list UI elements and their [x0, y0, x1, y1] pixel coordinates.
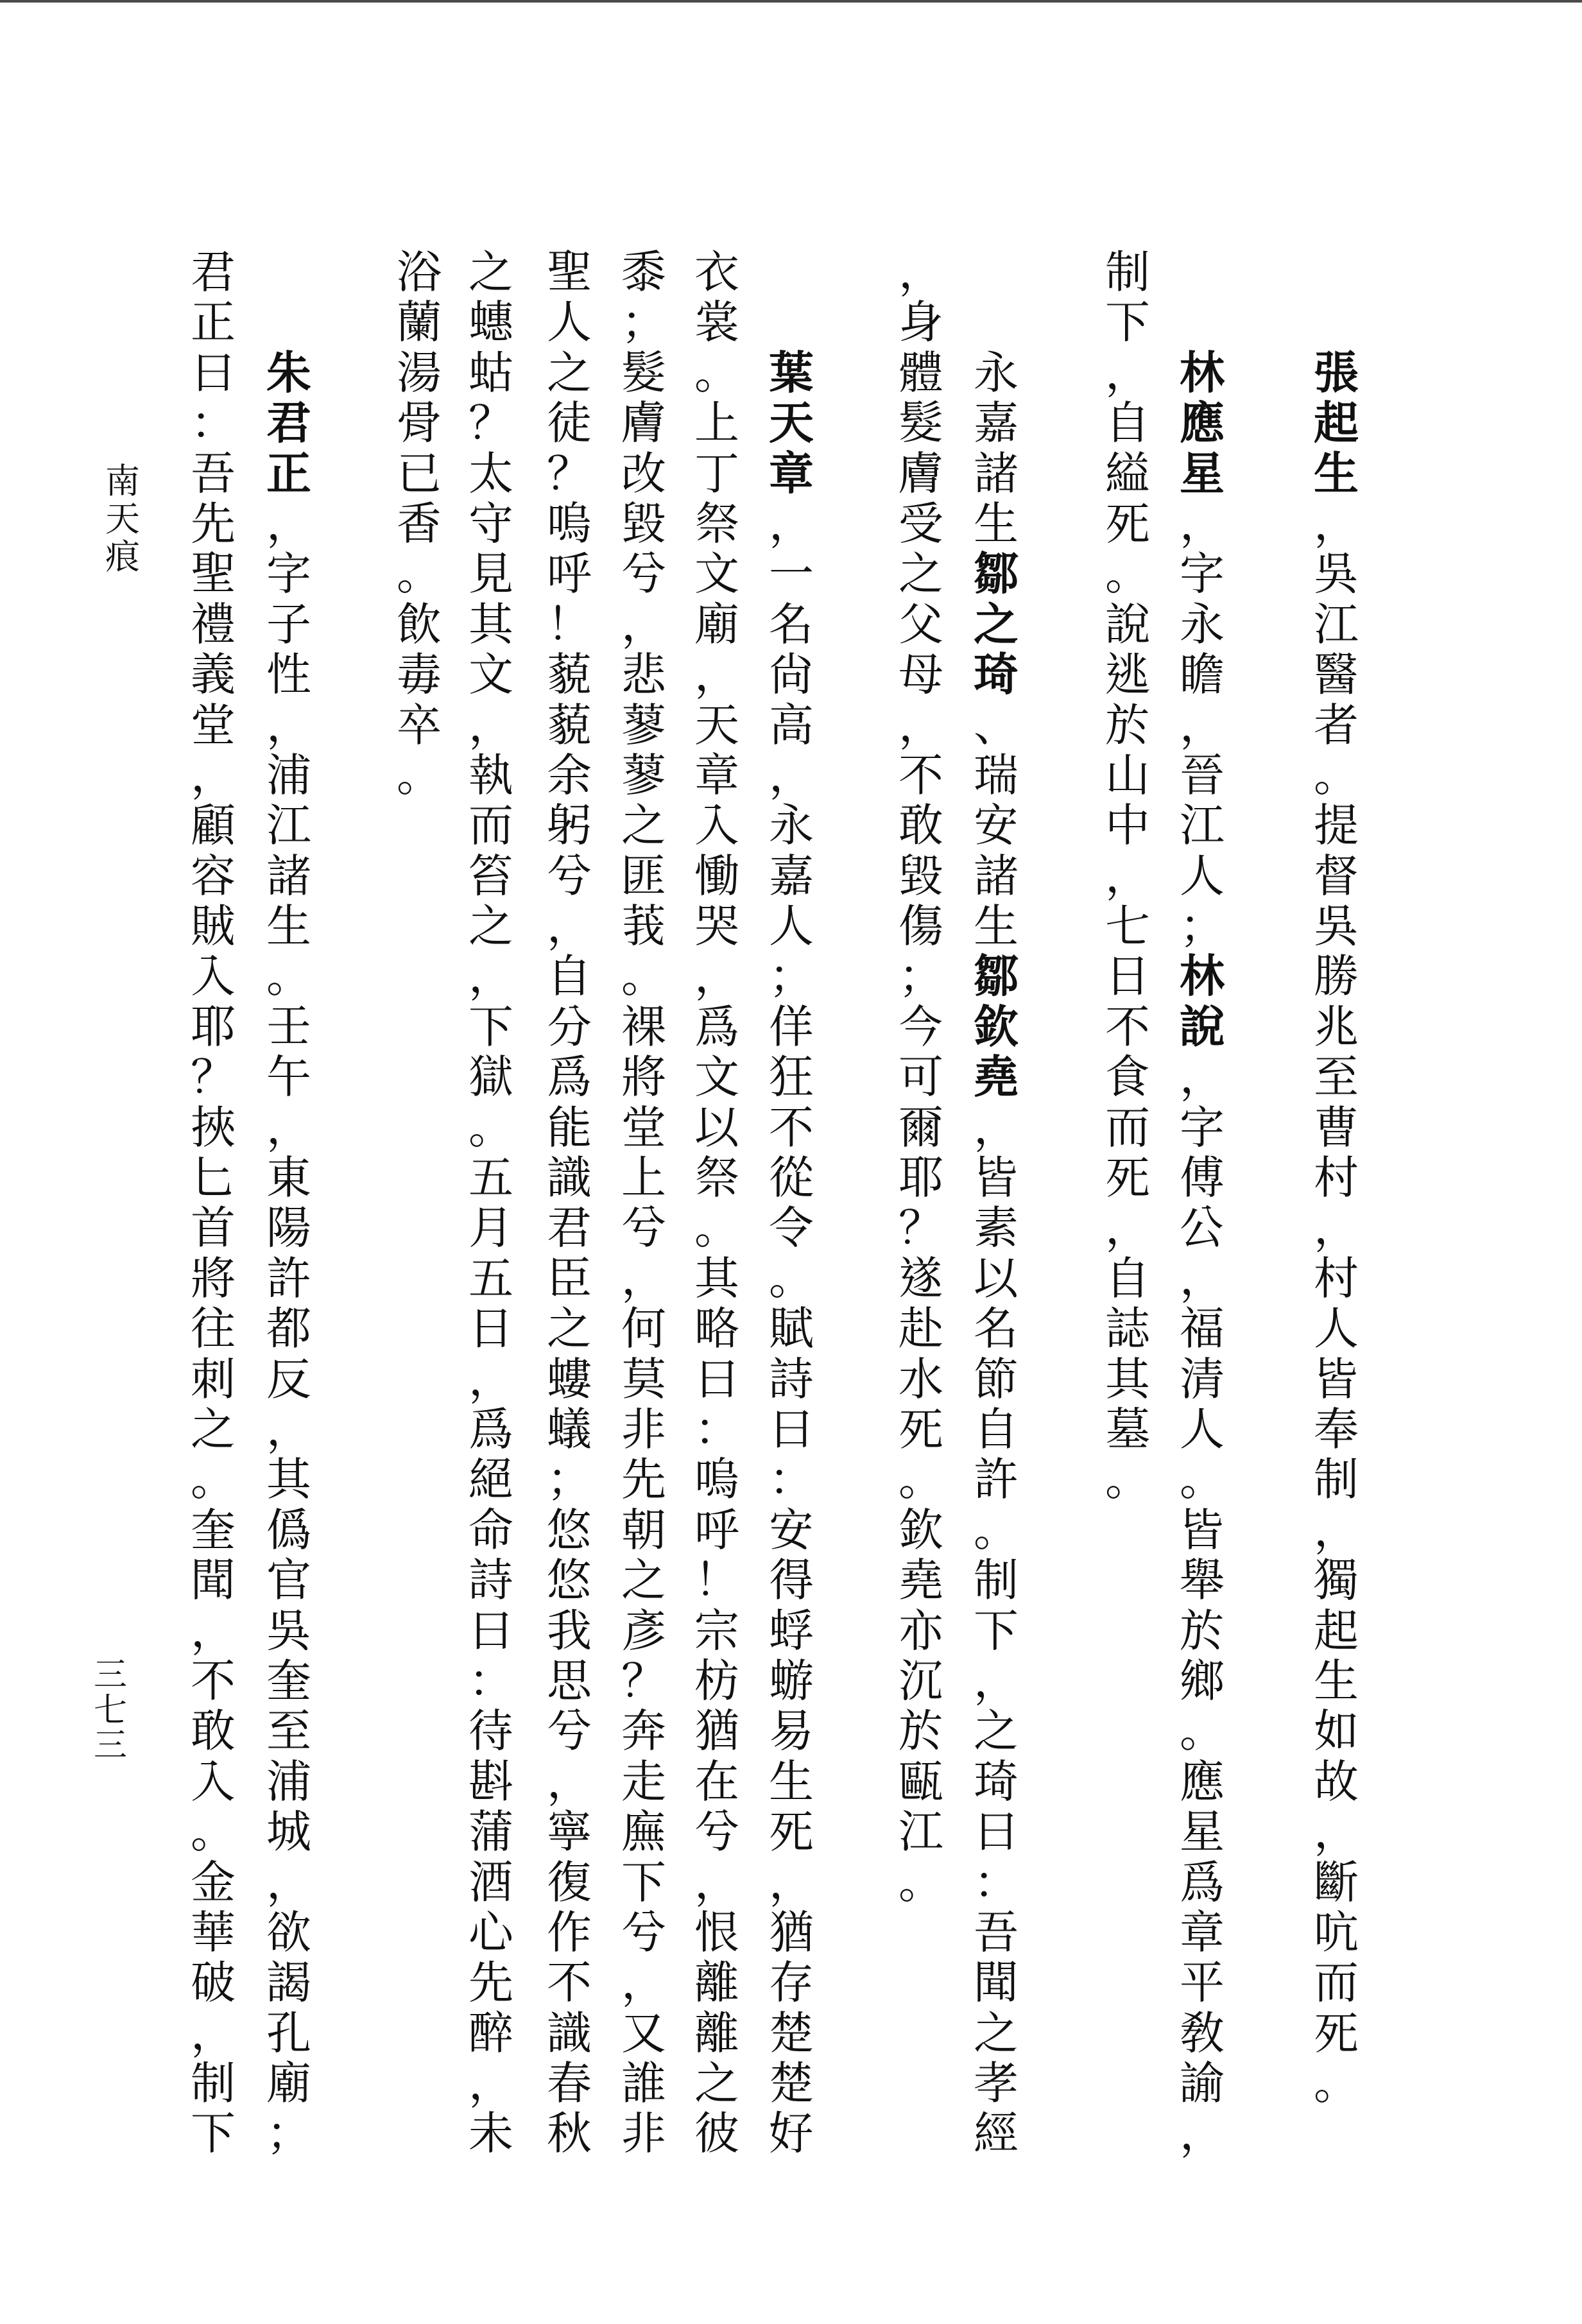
character-cell: 反 — [264, 1354, 314, 1404]
punctuation-cell: ？ — [544, 449, 594, 499]
character-cell: 章 — [766, 449, 816, 499]
character-cell: 痕 — [103, 538, 142, 576]
character-cell: 張 — [1311, 348, 1361, 398]
character-cell: 衣 — [692, 247, 742, 297]
punctuation-cell: ， — [896, 247, 946, 297]
punctuation-cell: ！ — [544, 599, 594, 650]
character-cell: 晉 — [1177, 750, 1227, 800]
page-number: 三七三 — [90, 1658, 130, 1764]
character-cell: 星 — [1177, 449, 1227, 499]
punctuation-cell: ， — [1311, 1807, 1361, 1857]
character-cell: 祭 — [692, 1153, 742, 1203]
character-cell: 湯 — [394, 348, 444, 398]
character-cell: 猶 — [692, 1706, 742, 1756]
character-cell: 公 — [1177, 1203, 1227, 1253]
character-cell: 兮 — [619, 549, 669, 599]
punctuation-cell: ， — [1177, 1052, 1227, 1102]
character-cell: 者 — [1311, 700, 1361, 750]
character-cell: 易 — [766, 1706, 816, 1756]
character-cell: 絕 — [466, 1454, 516, 1504]
character-cell: 令 — [766, 1203, 816, 1253]
character-cell: 守 — [466, 499, 516, 549]
punctuation-cell: ， — [188, 750, 238, 800]
person-name: 鄒之琦 — [971, 549, 1021, 700]
character-cell: 得 — [766, 1555, 816, 1605]
character-cell: 鄒 — [971, 951, 1021, 1001]
character-cell: 聖 — [188, 549, 238, 599]
character-cell: 人 — [1177, 851, 1227, 901]
punctuation-cell: 。 — [1311, 750, 1361, 800]
text-column: 永嘉諸生 鄒之琦 、瑞安諸生 鄒欽堯 ，皆素以名節自許。制下，之琦曰：吾聞之孝經 — [971, 348, 1021, 2159]
punctuation-cell: ； — [766, 951, 816, 1001]
character-cell: 兮 — [619, 1907, 669, 1958]
character-cell: 悲 — [619, 650, 669, 700]
character-cell: 可 — [896, 1052, 946, 1102]
character-cell: 賊 — [188, 901, 238, 951]
punctuation-cell: ， — [1177, 2108, 1227, 2158]
character-cell: 蛄 — [466, 348, 516, 398]
character-cell: 名 — [766, 599, 816, 650]
character-cell: 星 — [1177, 1807, 1227, 1857]
character-cell: 一 — [766, 549, 816, 599]
punctuation-cell: ； — [544, 1454, 594, 1504]
character-cell: 臣 — [544, 1253, 594, 1304]
punctuation-cell: ， — [619, 599, 669, 650]
character-cell: 之 — [188, 1404, 238, 1454]
character-cell: 墓 — [1103, 1404, 1153, 1454]
character-cell: 堯 — [971, 1052, 1021, 1102]
character-cell: 從 — [766, 1153, 816, 1203]
character-cell: 欲 — [264, 1907, 314, 1958]
punctuation-cell: ； — [264, 2108, 314, 2158]
punctuation-cell: 。 — [1103, 1454, 1153, 1504]
character-cell: 將 — [619, 1052, 669, 1102]
text-column: 葉天章 ，一名尙高，永嘉人；佯狂不從令。賦詩曰：安得蜉蝣易生死，猶存楚楚好 — [766, 348, 816, 2159]
punctuation-cell: ， — [544, 1757, 594, 1807]
column-text: 、瑞安諸生 — [971, 700, 1021, 952]
character-cell: 不 — [544, 1958, 594, 2008]
text-column: 衣裳。上丁祭文廟，天章入慟哭，爲文以祭。其略曰：嗚呼！宗枋猶在兮，恨離離之彼 — [692, 247, 742, 2159]
character-cell: 飲 — [394, 599, 444, 650]
punctuation-cell: 。 — [692, 348, 742, 398]
character-cell: 獄 — [466, 1052, 516, 1102]
character-cell: 在 — [692, 1757, 742, 1807]
character-cell: 不 — [188, 1656, 238, 1706]
character-cell: 皆 — [1177, 1505, 1227, 1555]
character-cell: 髮 — [896, 398, 946, 448]
character-cell: 秋 — [544, 2108, 594, 2158]
character-cell: 如 — [1311, 1706, 1361, 1756]
character-cell: 自 — [544, 951, 594, 1001]
person-name: 張起生 — [1311, 348, 1361, 499]
character-cell: 斟 — [466, 1757, 516, 1807]
character-cell: 曰 — [188, 348, 238, 398]
character-cell: 聞 — [971, 1958, 1021, 2008]
character-cell: 獨 — [1311, 1555, 1361, 1605]
column-text: ，吳江醫者。提督吳勝兆至曹村，村人皆奉制，獨起生如故，斷吭而死。 — [1311, 499, 1361, 2109]
character-cell: 藐 — [544, 700, 594, 750]
character-cell: 爲 — [466, 1404, 516, 1454]
text-column: 朱君正 ，字子性，浦江諸生。壬午，東陽許都反，其僞官吳奎至浦城，欲謁孔廟； — [264, 348, 314, 2159]
character-cell: 體 — [896, 348, 946, 398]
character-cell: 自 — [1103, 398, 1153, 448]
character-cell: 督 — [1311, 851, 1361, 901]
character-cell: 縊 — [1103, 449, 1153, 499]
character-cell: 之 — [971, 1706, 1021, 1756]
character-cell: 兮 — [692, 1807, 742, 1857]
character-cell: 今 — [896, 1002, 946, 1052]
character-cell: 哭 — [692, 901, 742, 951]
character-cell: 瑞 — [971, 750, 1021, 800]
character-cell: 堂 — [619, 1103, 669, 1153]
character-cell: 春 — [544, 2058, 594, 2108]
punctuation-cell: ， — [1103, 1203, 1153, 1253]
character-cell: 生 — [1311, 449, 1361, 499]
character-cell: 都 — [264, 1304, 314, 1354]
character-cell: 村 — [1311, 1253, 1361, 1304]
character-cell: 陽 — [264, 1203, 314, 1253]
punctuation-cell: ， — [896, 700, 946, 750]
character-cell: 諸 — [971, 449, 1021, 499]
character-cell: 禮 — [188, 599, 238, 650]
character-cell: 好 — [766, 2108, 816, 2158]
character-cell: 敢 — [896, 800, 946, 850]
book-page: 張起生 ，吳江醫者。提督吳勝兆至曹村，村人皆奉制，獨起生如故，斷吭而死。 林應星… — [0, 0, 1582, 2324]
character-cell: 往 — [188, 1304, 238, 1354]
character-cell: 存 — [766, 1958, 816, 2008]
text-column: 張起生 ，吳江醫者。提督吳勝兆至曹村，村人皆奉制，獨起生如故，斷吭而死。 — [1311, 348, 1361, 2109]
character-cell: 楚 — [766, 2058, 816, 2108]
punctuation-cell: ， — [544, 901, 594, 951]
character-cell: 曹 — [1311, 1103, 1361, 1153]
character-cell: 嘉 — [766, 851, 816, 901]
character-cell: 膚 — [896, 449, 946, 499]
person-name: 朱君正 — [264, 348, 314, 499]
character-cell: 奔 — [619, 1706, 669, 1756]
character-cell: 嘉 — [971, 398, 1021, 448]
character-cell: 亦 — [896, 1606, 946, 1656]
punctuation-cell: 。 — [766, 1253, 816, 1304]
character-cell: 佯 — [766, 1002, 816, 1052]
character-cell: 匕 — [188, 1153, 238, 1203]
character-cell: 沉 — [896, 1656, 946, 1706]
character-cell: 孝 — [971, 2058, 1021, 2108]
punctuation-cell: ， — [1177, 1253, 1227, 1304]
character-cell: 刺 — [188, 1354, 238, 1404]
character-cell: 安 — [766, 1505, 816, 1555]
character-cell: 南 — [103, 462, 142, 500]
character-cell: 吳 — [1311, 549, 1361, 599]
character-cell: 識 — [544, 1153, 594, 1203]
character-cell: 蓼 — [619, 700, 669, 750]
punctuation-cell: ， — [692, 951, 742, 1001]
punctuation-cell: ， — [1177, 700, 1227, 750]
character-cell: 孔 — [264, 2008, 314, 2058]
character-cell: 江 — [896, 1807, 946, 1857]
character-cell: 以 — [692, 1103, 742, 1153]
character-cell: 嗚 — [544, 499, 594, 549]
character-cell: 其 — [466, 599, 516, 650]
character-cell: 死 — [896, 1404, 946, 1454]
character-cell: 子 — [264, 599, 314, 650]
character-cell: 狂 — [766, 1052, 816, 1102]
character-cell: 永 — [766, 800, 816, 850]
character-cell: 聞 — [188, 1555, 238, 1605]
character-cell: 琦 — [971, 1757, 1021, 1807]
character-cell: 諭 — [1177, 2058, 1227, 2108]
character-cell: 呼 — [692, 1505, 742, 1555]
character-cell: 起 — [1311, 1606, 1361, 1656]
punctuation-cell: ： — [466, 1656, 516, 1706]
character-cell: 入 — [188, 951, 238, 1001]
character-cell: 之 — [619, 1555, 669, 1605]
character-cell: 嗚 — [692, 1454, 742, 1504]
punctuation-cell: ？ — [188, 1052, 238, 1102]
character-cell: 林 — [1177, 951, 1227, 1001]
character-cell: 朱 — [264, 348, 314, 398]
person-name: 鄒欽堯 — [971, 951, 1021, 1102]
column-text: ，字永瞻，晉江人； — [1177, 499, 1227, 952]
character-cell: 故 — [1311, 1757, 1361, 1807]
character-cell: 江 — [1177, 800, 1227, 850]
character-cell: 名 — [971, 1304, 1021, 1354]
punctuation-cell: ， — [619, 1253, 669, 1304]
punctuation-cell: ， — [692, 650, 742, 700]
character-cell: 甌 — [896, 1757, 946, 1807]
punctuation-cell: ， — [692, 1857, 742, 1907]
character-cell: 諸 — [971, 851, 1021, 901]
column-text: ，皆素以名節自許。制下，之琦曰：吾聞之孝經 — [971, 1103, 1021, 2159]
character-cell: 之 — [971, 2008, 1021, 2058]
punctuation-cell: ， — [1103, 348, 1153, 398]
punctuation-cell: ， — [1311, 1505, 1361, 1555]
character-cell: 躬 — [544, 800, 594, 850]
punctuation-cell: ： — [971, 1857, 1021, 1907]
character-cell: 曰 — [971, 1807, 1021, 1857]
character-cell: 笞 — [466, 851, 516, 901]
column-text: ，身體髮膚受之父母，不敢毀傷；今可爾耶？遂赴水死。欽堯亦沉於甌江。 — [896, 247, 946, 1907]
column-text: 制下，自縊死。說逃於山中，七日不食而死，自誌其墓。 — [1103, 247, 1153, 1505]
punctuation-cell: ！ — [692, 1555, 742, 1605]
character-cell: 酒 — [466, 1857, 516, 1907]
character-cell: 文 — [692, 1052, 742, 1102]
character-cell: 猶 — [766, 1907, 816, 1958]
character-cell: 母 — [896, 650, 946, 700]
character-cell: 寧 — [544, 1807, 594, 1857]
character-cell: 浦 — [264, 750, 314, 800]
character-cell: 心 — [466, 1907, 516, 1958]
character-cell: 死 — [1311, 2008, 1361, 2058]
character-cell: 制 — [971, 1555, 1021, 1605]
character-cell: 天 — [692, 700, 742, 750]
character-cell: 毀 — [896, 851, 946, 901]
character-cell: 下 — [971, 1606, 1021, 1656]
character-cell: 勝 — [1311, 951, 1361, 1001]
character-cell: 章 — [692, 750, 742, 800]
character-cell: 黍 — [619, 247, 669, 297]
character-cell: 之 — [466, 247, 516, 297]
column-text: 君正曰：吾先聖禮義堂，顧容賊入耶？挾匕首將往刺之。奎聞，不敢入。金華破，制下 — [188, 247, 238, 2159]
character-cell: 生 — [971, 901, 1021, 951]
character-cell: 分 — [544, 1002, 594, 1052]
character-cell: 改 — [619, 449, 669, 499]
character-cell: 於 — [1177, 1606, 1227, 1656]
character-cell: 正 — [188, 297, 238, 347]
character-cell: 莪 — [619, 901, 669, 951]
running-title: 南天痕 — [103, 462, 142, 576]
character-cell: 太 — [466, 449, 516, 499]
character-cell: 文 — [692, 549, 742, 599]
character-cell: 廡 — [619, 1807, 669, 1857]
character-cell: 余 — [544, 750, 594, 800]
character-cell: 死 — [1103, 1153, 1153, 1203]
scan-top-border-line — [0, 0, 1582, 3]
punctuation-cell: ， — [1311, 1203, 1361, 1253]
character-cell: 而 — [1311, 1958, 1361, 2008]
character-cell: 先 — [188, 499, 238, 549]
character-cell: 裳 — [692, 297, 742, 347]
punctuation-cell: ， — [264, 499, 314, 549]
character-cell: 生 — [1311, 1656, 1361, 1706]
character-cell: 未 — [466, 2108, 516, 2158]
punctuation-cell: ， — [1103, 851, 1153, 901]
character-cell: 僞 — [264, 1505, 314, 1555]
character-cell: 字 — [1177, 1103, 1227, 1153]
character-cell: 顧 — [188, 800, 238, 850]
character-cell: 骨 — [394, 398, 444, 448]
punctuation-cell: ， — [264, 1857, 314, 1907]
character-cell: 自 — [971, 1404, 1021, 1454]
character-cell: 許 — [971, 1454, 1021, 1504]
punctuation-cell: ？ — [896, 1203, 946, 1253]
character-cell: 離 — [692, 2008, 742, 2058]
text-column: 君正曰：吾先聖禮義堂，顧容賊入耶？挾匕首將往刺之。奎聞，不敢入。金華破，制下 — [188, 247, 238, 2159]
character-cell: 奎 — [264, 1656, 314, 1706]
character-cell: 非 — [619, 1404, 669, 1454]
character-cell: 人 — [1311, 1304, 1361, 1354]
character-cell: 五 — [466, 1153, 516, 1203]
character-cell: 誌 — [1103, 1304, 1153, 1354]
character-cell: 之 — [544, 1304, 594, 1354]
character-cell: 上 — [619, 1153, 669, 1203]
character-cell: 起 — [1311, 398, 1361, 448]
character-cell: 誰 — [619, 2058, 669, 2108]
character-cell: 死 — [1103, 499, 1153, 549]
text-column: 黍；髮膚改毀兮，悲蓼蓼之匪莪。裸將堂上兮，何莫非先朝之彥？奔走廡下兮，又誰非 — [619, 247, 669, 2159]
character-cell: 正 — [264, 449, 314, 499]
character-cell: 人 — [1177, 1404, 1227, 1454]
punctuation-cell: 。 — [1177, 1706, 1227, 1756]
character-cell: 毒 — [394, 650, 444, 700]
character-cell: 素 — [971, 1203, 1021, 1253]
character-cell: 應 — [1177, 398, 1227, 448]
character-cell: 詩 — [466, 1555, 516, 1605]
character-cell: 非 — [619, 2108, 669, 2158]
character-cell: 作 — [544, 1907, 594, 1958]
character-cell: 逃 — [1103, 650, 1153, 700]
character-cell: 於 — [896, 1706, 946, 1756]
character-cell: 午 — [264, 1052, 314, 1102]
character-cell: 復 — [544, 1857, 594, 1907]
text-column: 制下，自縊死。說逃於山中，七日不食而死，自誌其墓。 — [1103, 247, 1153, 1505]
punctuation-cell: ： — [766, 1454, 816, 1504]
punctuation-cell: ， — [466, 951, 516, 1001]
character-cell: 呼 — [544, 549, 594, 599]
punctuation-cell: 。 — [188, 1807, 238, 1857]
character-cell: 舉 — [1177, 1555, 1227, 1605]
punctuation-cell: ， — [766, 750, 816, 800]
punctuation-cell: ， — [466, 1354, 516, 1404]
character-cell: 執 — [466, 750, 516, 800]
character-cell: 恨 — [692, 1907, 742, 1958]
character-cell: 下 — [466, 1002, 516, 1052]
character-cell: 壬 — [264, 1002, 314, 1052]
character-cell: 蓼 — [619, 750, 669, 800]
character-cell: 謁 — [264, 1958, 314, 2008]
character-cell: 敢 — [188, 1706, 238, 1756]
character-cell: 高 — [766, 700, 816, 750]
character-cell: 走 — [619, 1757, 669, 1807]
punctuation-cell: 。 — [394, 750, 444, 800]
character-cell: 七 — [90, 1693, 130, 1728]
column-text: 之蟪蛄？太守見其文，執而笞之，下獄。五月五日，爲絕命詩曰：待斟蒲酒心先醉，未 — [466, 247, 516, 2159]
punctuation-cell: ； — [1177, 901, 1227, 951]
character-cell: 已 — [394, 449, 444, 499]
text-column: 浴蘭湯骨已香。飲毒卒。 — [394, 247, 444, 800]
character-cell: 祭 — [692, 499, 742, 549]
character-cell: 斷 — [1311, 1857, 1361, 1907]
character-cell: 彥 — [619, 1606, 669, 1656]
character-cell: 至 — [1311, 1052, 1361, 1102]
character-cell: 制 — [188, 2058, 238, 2108]
punctuation-cell: 。 — [896, 1857, 946, 1907]
character-cell: 朝 — [619, 1505, 669, 1555]
character-cell: 卒 — [394, 700, 444, 750]
character-cell: 爾 — [896, 1103, 946, 1153]
character-cell: 莫 — [619, 1354, 669, 1404]
character-cell: 枋 — [692, 1656, 742, 1706]
character-cell: 許 — [264, 1253, 314, 1304]
character-cell: 慟 — [692, 851, 742, 901]
character-cell: 諸 — [264, 851, 314, 901]
character-cell: 聖 — [544, 247, 594, 297]
punctuation-cell: 。 — [1311, 2058, 1361, 2108]
character-cell: 節 — [971, 1354, 1021, 1404]
column-text: ，字子性，浦江諸生。壬午，東陽許都反，其僞官吳奎至浦城，欲謁孔廟； — [264, 499, 314, 2159]
character-cell: 七 — [1103, 901, 1153, 951]
character-cell: 入 — [188, 1757, 238, 1807]
character-cell: 容 — [188, 851, 238, 901]
character-cell: 金 — [188, 1857, 238, 1907]
character-cell: 挾 — [188, 1103, 238, 1153]
character-cell: 堂 — [188, 700, 238, 750]
character-cell: 尙 — [766, 650, 816, 700]
character-cell: 君 — [544, 1203, 594, 1253]
column-text: 衣裳。上丁祭文廟，天章入慟哭，爲文以祭。其略曰：嗚呼！宗枋猶在兮，恨離離之彼 — [692, 247, 742, 2159]
character-cell: 何 — [619, 1304, 669, 1354]
character-cell: 命 — [466, 1505, 516, 1555]
character-cell: 賦 — [766, 1304, 816, 1354]
character-cell: 生 — [264, 901, 314, 951]
character-cell: 爲 — [692, 1002, 742, 1052]
character-cell: 瞻 — [1177, 650, 1227, 700]
character-cell: 日 — [466, 1304, 516, 1354]
punctuation-cell: 。 — [394, 549, 444, 599]
character-cell: 離 — [692, 1958, 742, 2008]
character-cell: 其 — [692, 1253, 742, 1304]
character-cell: 東 — [264, 1153, 314, 1203]
character-cell: 傷 — [896, 901, 946, 951]
